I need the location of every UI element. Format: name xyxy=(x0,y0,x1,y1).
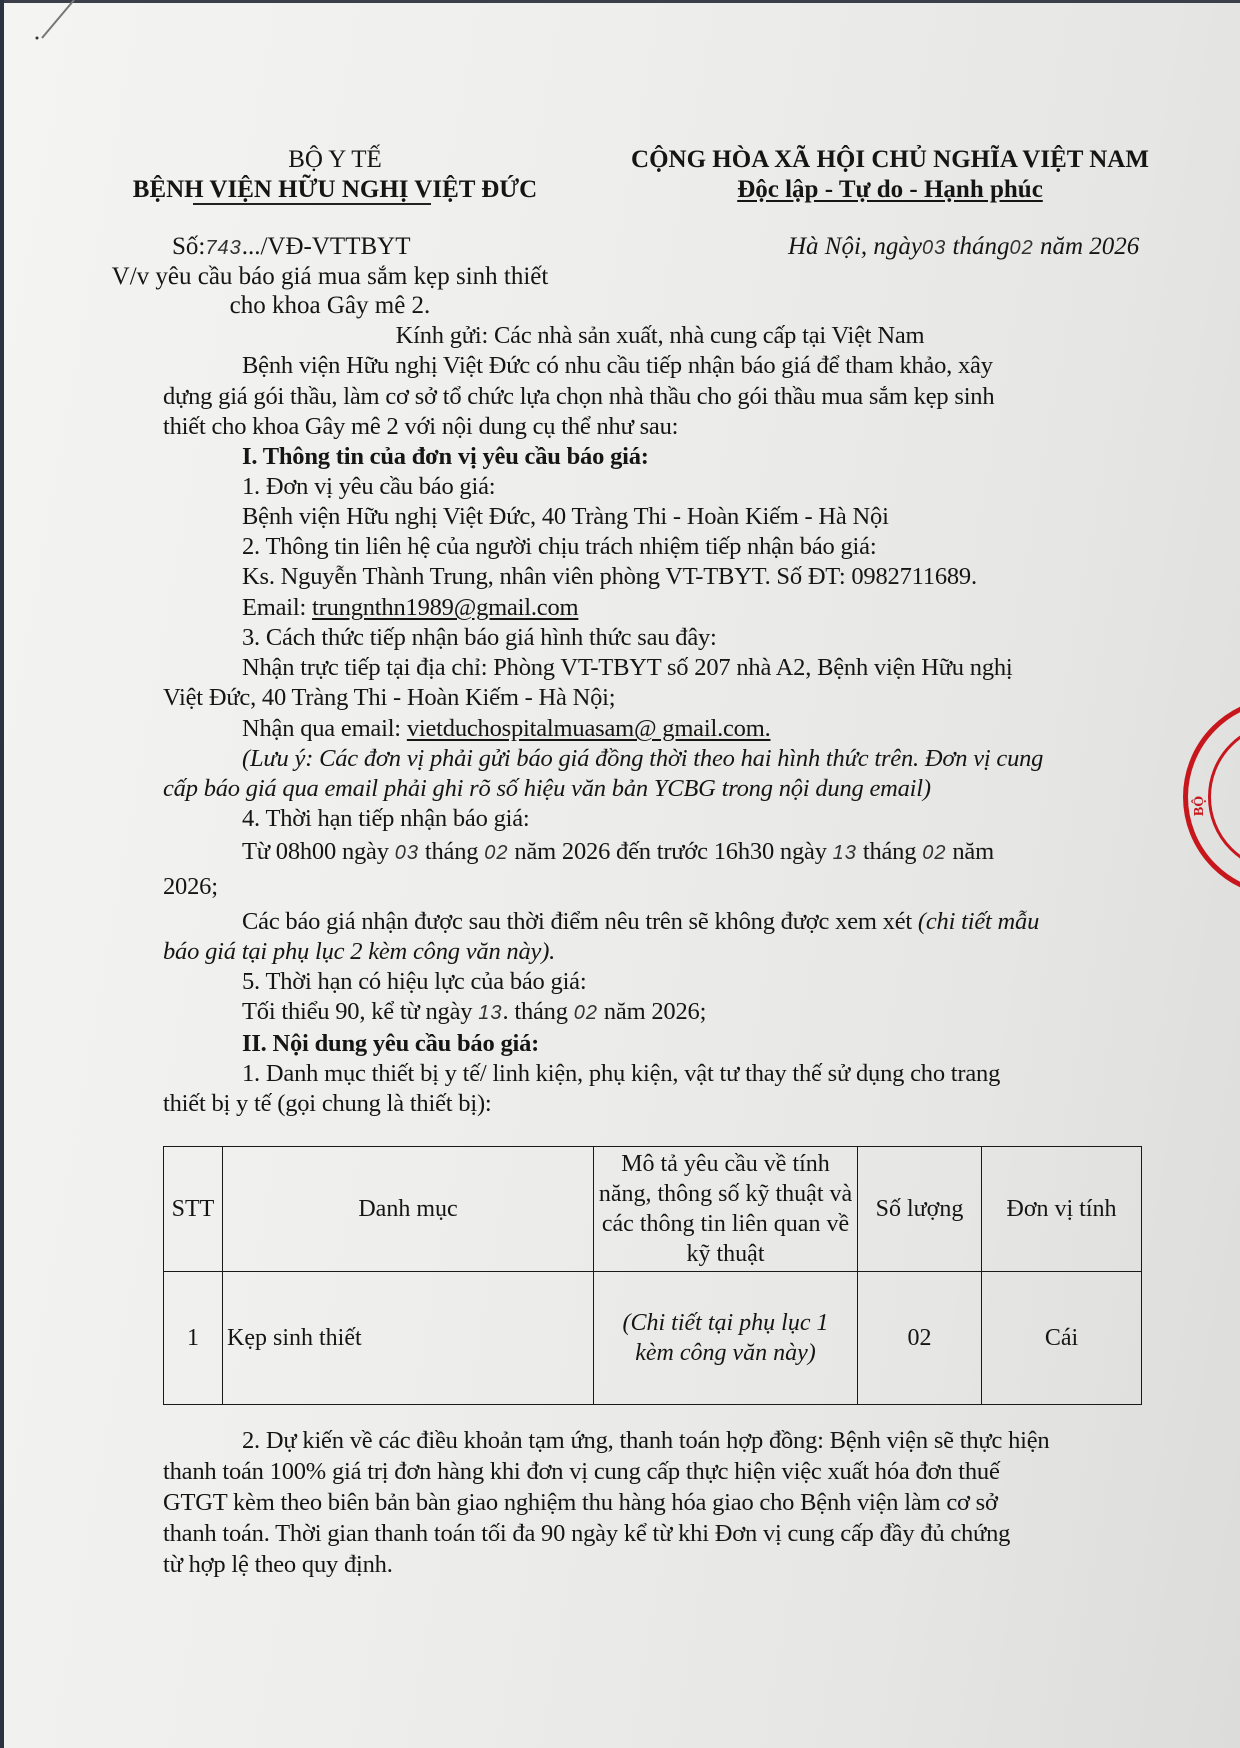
intro-line-1: Bệnh viện Hữu nghị Việt Đức có nhu cầu t… xyxy=(242,352,993,380)
submission-method-label: 3. Cách thức tiếp nhận báo giá hình thức… xyxy=(242,624,717,652)
contact-email-link[interactable]: trungnthn1989@gmail.com xyxy=(312,594,578,621)
cell-quantity: 02 xyxy=(858,1272,982,1405)
payment-line-2: thanh toán 100% giá trị đơn hàng khi đơn… xyxy=(163,1458,1000,1486)
payment-line-4: thanh toán. Thời gian thanh toán tối đa … xyxy=(163,1520,1010,1548)
deadline-label: 4. Thời hạn tiếp nhận báo giá: xyxy=(242,805,530,833)
stamp-text: BỘ xyxy=(1192,796,1208,816)
email-submission: Nhận qua email: vietduchospitalmuasam@ g… xyxy=(242,715,771,743)
doc-number-prefix: Số: xyxy=(172,233,205,260)
cell-unit: Cái xyxy=(982,1272,1142,1405)
doc-number-suffix: .../VĐ-VTTBYT xyxy=(242,233,411,260)
deadline-line-1: Từ 08h00 ngày 03 tháng 02 năm 2026 đến t… xyxy=(242,838,994,866)
contact-label: 2. Thông tin liên hệ của người chịu trác… xyxy=(242,533,876,561)
email-submission-label: Nhận qua email: xyxy=(242,715,407,742)
deadline-text: tháng xyxy=(419,838,484,865)
deadline-text: Từ 08h00 ngày xyxy=(242,838,395,865)
header-description: Mô tả yêu cầu về tính năng, thông số kỹ … xyxy=(594,1147,858,1272)
validity-day: 13 xyxy=(478,1002,502,1024)
validity-value: Tối thiểu 90, kể từ ngày 13. tháng 02 nă… xyxy=(242,998,706,1026)
recipient-line: Kính gửi: Các nhà sản xuất, nhà cung cấp… xyxy=(160,322,1160,350)
email-label: Email: xyxy=(242,594,312,621)
deadline-month-from: 02 xyxy=(484,842,508,864)
date-day: 03 xyxy=(922,237,946,259)
ministry-name: BỘ Y TẾ xyxy=(100,146,570,174)
scan-edge-top xyxy=(0,0,1240,3)
pen-mark-icon xyxy=(30,0,80,44)
late-submission-line-2: báo giá tại phụ lục 2 kèm công văn này). xyxy=(163,938,555,966)
note-line-2: cấp báo giá qua email phải ghi rõ số hiệ… xyxy=(163,775,931,803)
deadline-text: năm xyxy=(946,838,994,865)
requester-label: 1. Đơn vị yêu cầu báo giá: xyxy=(242,473,495,501)
date-month: 02 xyxy=(1009,237,1033,259)
late-italic: (chi tiết mẫu xyxy=(918,908,1039,935)
submission-email-link[interactable]: vietduchospitalmuasam@ gmail.com. xyxy=(407,715,771,742)
table-header-row: STT Danh mục Mô tả yêu cầu về tính năng,… xyxy=(164,1147,1142,1272)
doc-number-handwritten: 743 xyxy=(205,237,241,259)
device-list-line-2: thiết bị y tế (gọi chung là thiết bị): xyxy=(163,1090,492,1118)
payment-line-3: GTGT kèm theo biên bản bàn giao nghiệm t… xyxy=(163,1489,998,1517)
table-row: 1 Kẹp sinh thiết (Chi tiết tại phụ lục 1… xyxy=(164,1272,1142,1405)
header-quantity: Số lượng xyxy=(858,1147,982,1272)
late-text: Các báo giá nhận được sau thời điểm nêu … xyxy=(242,908,918,935)
document-date: Hà Nội, ngày03 tháng02 năm 2026 xyxy=(788,233,1139,261)
cell-stt: 1 xyxy=(164,1272,223,1405)
header-name: Danh mục xyxy=(223,1147,594,1272)
direct-submission-line-1: Nhận trực tiếp tại địa chỉ: Phòng VT-TBY… xyxy=(242,654,1013,682)
validity-month: 02 xyxy=(574,1002,598,1024)
deadline-day-to: 13 xyxy=(833,842,857,864)
subject-line-2: cho khoa Gây mê 2. xyxy=(80,292,580,320)
late-submission-line-1: Các báo giá nhận được sau thời điểm nêu … xyxy=(242,908,1039,936)
payment-line-1: 2. Dự kiến về các điều khoản tạm ứng, th… xyxy=(242,1427,1049,1455)
deadline-text: tháng xyxy=(857,838,922,865)
payment-line-5: từ hợp lệ theo quy định. xyxy=(163,1551,393,1579)
validity-text: . tháng xyxy=(502,998,573,1025)
validity-label: 5. Thời hạn có hiệu lực của báo giá: xyxy=(242,968,586,996)
contact-email: Email: trungnthn1989@gmail.com xyxy=(242,594,578,622)
direct-submission-line-2: Việt Đức, 40 Tràng Thi - Hoàn Kiếm - Hà … xyxy=(163,684,615,712)
hospital-underline xyxy=(193,203,431,205)
requester-value: Bệnh viện Hữu nghị Việt Đức, 40 Tràng Th… xyxy=(242,503,889,531)
cell-description: (Chi tiết tại phụ lục 1 kèm công văn này… xyxy=(594,1272,858,1405)
validity-text: năm 2026; xyxy=(598,998,706,1025)
items-table: STT Danh mục Mô tả yêu cầu về tính năng,… xyxy=(163,1146,1142,1405)
national-motto: Độc lập - Tự do - Hạnh phúc xyxy=(600,176,1180,204)
deadline-line-2: 2026; xyxy=(163,873,218,901)
hospital-name-text: BỆNH VIỆN HỮU NGHỊ VIỆT ĐỨC xyxy=(133,176,537,203)
section-1-title: I. Thông tin của đơn vị yêu cầu báo giá: xyxy=(242,443,649,471)
date-prefix: Hà Nội, ngày xyxy=(788,233,922,260)
hospital-name: BỆNH VIỆN HỮU NGHỊ VIỆT ĐỨC xyxy=(100,176,570,204)
intro-line-3: thiết cho khoa Gây mê 2 với nội dung cụ … xyxy=(163,413,678,441)
section-2-title: II. Nội dung yêu cầu báo giá: xyxy=(242,1030,539,1058)
deadline-month-to: 02 xyxy=(922,842,946,864)
note-line-1: (Lưu ý: Các đơn vị phải gửi báo giá đồng… xyxy=(242,745,1043,773)
nation-name: CỘNG HÒA XÃ HỘI CHỦ NGHĨA VIỆT NAM xyxy=(600,146,1180,174)
document-number: Số:743.../VĐ-VTTBYT xyxy=(172,233,410,261)
validity-text: Tối thiểu 90, kể từ ngày xyxy=(242,998,478,1025)
deadline-text: năm 2026 đến trước 16h30 ngày xyxy=(508,838,832,865)
header-stt: STT xyxy=(164,1147,223,1272)
deadline-day-from: 03 xyxy=(395,842,419,864)
header-unit: Đơn vị tính xyxy=(982,1147,1142,1272)
intro-line-2: dựng giá gói thầu, làm cơ sở tổ chức lựa… xyxy=(163,383,994,411)
subject-line-1: V/v yêu cầu báo giá mua sắm kẹp sinh thi… xyxy=(80,263,580,291)
scan-edge-left xyxy=(0,0,4,1748)
date-year: năm 2026 xyxy=(1040,233,1139,260)
cell-name: Kẹp sinh thiết xyxy=(223,1272,594,1405)
date-month-label: tháng xyxy=(953,233,1010,260)
device-list-line-1: 1. Danh mục thiết bị y tế/ linh kiện, ph… xyxy=(242,1060,1000,1088)
contact-value: Ks. Nguyễn Thành Trung, nhân viên phòng … xyxy=(242,563,977,591)
